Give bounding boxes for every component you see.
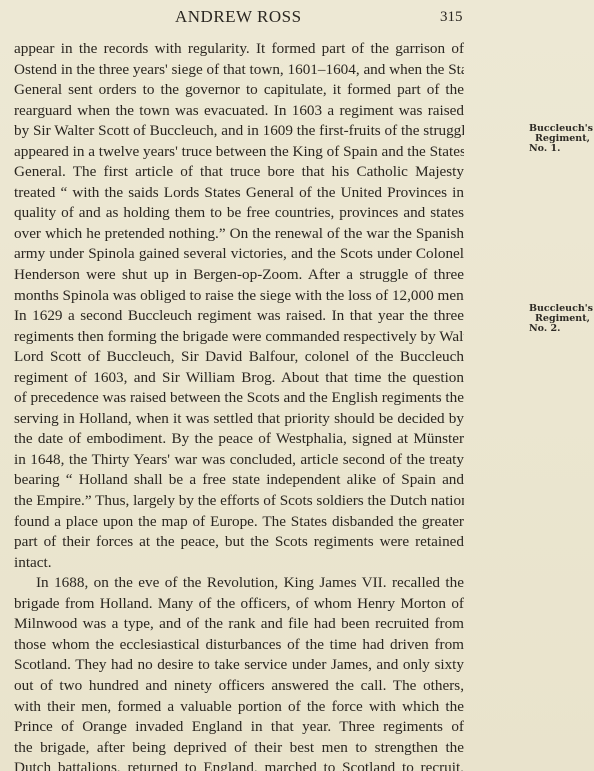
text-line: General sent orders to the governor to c… (14, 80, 464, 101)
chapter-title: ANDREW ROSS (175, 7, 302, 27)
text-line: brigade from Holland. Many of the office… (14, 594, 464, 615)
text-line: found a place upon the map of Europe. Th… (14, 512, 464, 533)
text-line: with their men, formed a valuable portio… (14, 697, 464, 718)
text-line: Milnwood was a type, and of the rank and… (14, 614, 464, 635)
text-line: Dutch battalions, returned to England, m… (14, 758, 464, 771)
margin-note-line: No. 1. (529, 144, 593, 154)
text-line: Lord Scott of Buccleuch, Sir David Balfo… (14, 347, 464, 368)
text-line: Ostend in the three years' siege of that… (14, 60, 464, 81)
page-number: 315 (440, 9, 463, 26)
text-line: In 1629 a second Buccleuch regiment was … (14, 306, 464, 327)
text-line: months Spinola was obliged to raise the … (14, 286, 464, 307)
text-line: appear in the records with regularity. I… (14, 39, 464, 60)
text-line: serving in Holland, when it was settled … (14, 409, 464, 430)
text-line: intact. (14, 553, 464, 574)
text-line: rearguard when the town was evacuated. I… (14, 101, 464, 122)
body-text: appear in the records with regularity. I… (14, 39, 464, 771)
text-line: treated “ with the saids Lords States Ge… (14, 183, 464, 204)
text-line: by Sir Walter Scott of Buccleuch, and in… (14, 121, 464, 142)
text-line: the brigade, after being deprived of the… (14, 738, 464, 759)
text-line: those whom the ecclesiastical disturbanc… (14, 635, 464, 656)
margin-note-buccleuch-1: Buccleuch's Regiment, No. 1. (529, 124, 593, 154)
text-line: of precedence was raised between the Sco… (14, 388, 464, 409)
text-line: the Empire.” Thus, largely by the effort… (14, 491, 464, 512)
text-line: Scotland. They had no desire to take ser… (14, 655, 464, 676)
text-line: regiments then forming the brigade were … (14, 327, 464, 348)
text-line: Henderson were shut up in Bergen-op-Zoom… (14, 265, 464, 286)
running-header: ANDREW ROSS 315 (0, 7, 594, 29)
text-line: over which he pretended nothing.” On the… (14, 224, 464, 245)
text-line: bearing “ Holland shall be a free state … (14, 470, 464, 491)
text-line: appeared in a twelve years' truce betwee… (14, 142, 464, 163)
text-line: General. The first article of that truce… (14, 162, 464, 183)
book-page: ANDREW ROSS 315 appear in the records wi… (0, 0, 594, 771)
text-line: quality of and as holding them to be fre… (14, 203, 464, 224)
text-line: out of two hundred and ninety officers a… (14, 676, 464, 697)
text-line: the date of embodiment. By the peace of … (14, 429, 464, 450)
paragraph-start-line: In 1688, on the eve of the Revolution, K… (14, 573, 464, 594)
text-line: part of their forces at the peace, but t… (14, 532, 464, 553)
margin-note-buccleuch-2: Buccleuch's Regiment, No. 2. (529, 304, 593, 334)
margin-note-line: No. 2. (529, 324, 593, 334)
text-line: regiment of 1603, and Sir William Brog. … (14, 368, 464, 389)
text-line: in 1648, the Thirty Years' war was concl… (14, 450, 464, 471)
text-line: Prince of Orange invaded England in that… (14, 717, 464, 738)
text-line: army under Spinola gained several victor… (14, 244, 464, 265)
